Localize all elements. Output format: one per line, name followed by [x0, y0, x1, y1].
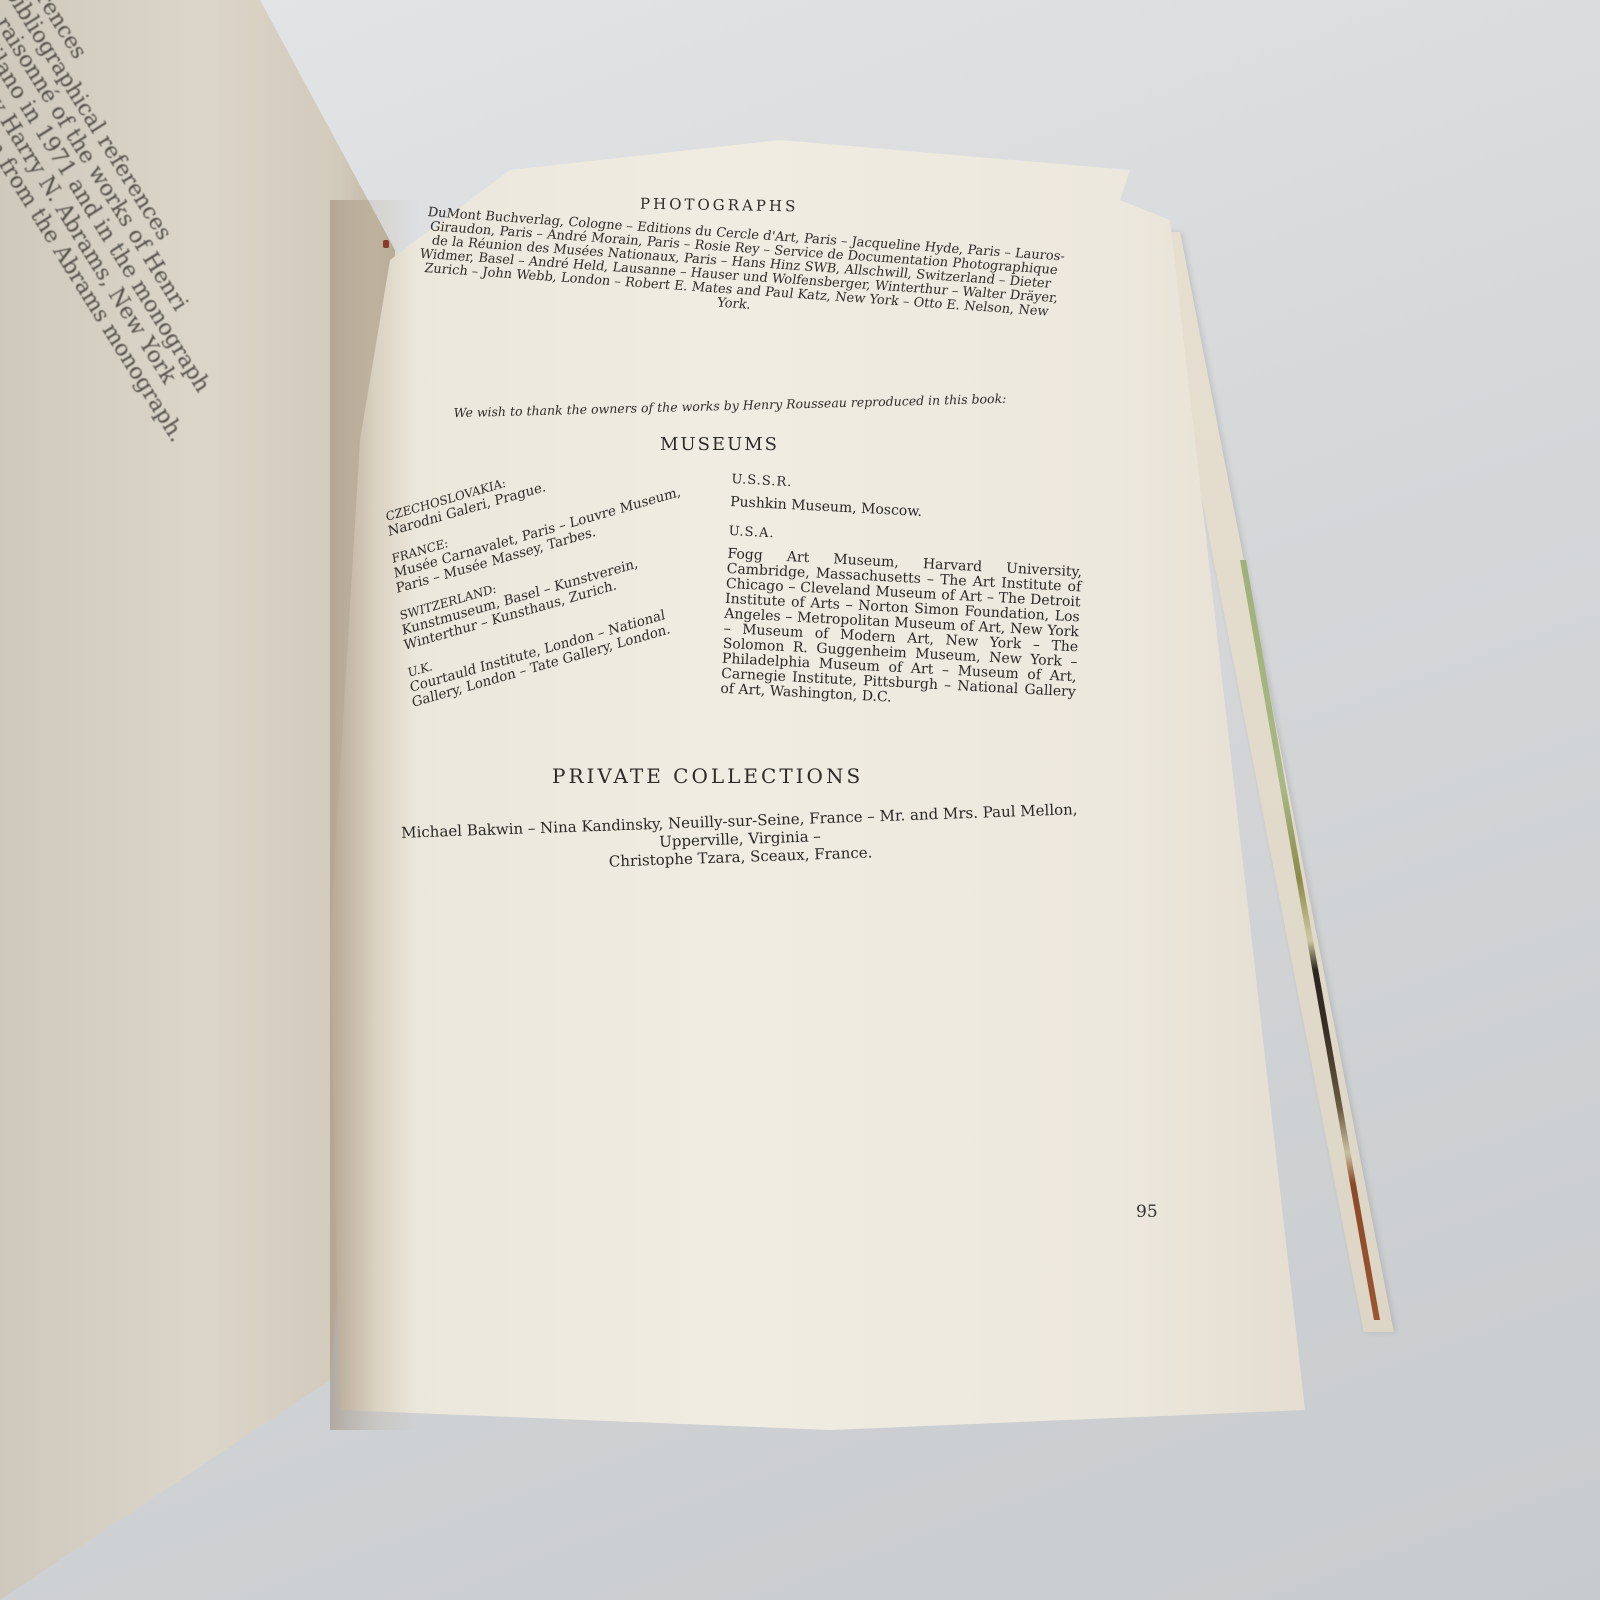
- left-page-text: ...rences bibliographical references ...…: [0, 0, 263, 402]
- spine-headband: [383, 240, 389, 248]
- museum-list: Fogg Art Museum, Harvard University, Cam…: [720, 547, 1082, 715]
- book-photo: ...rences bibliographical references ...…: [0, 0, 1600, 1600]
- museums-right-column: U.S.S.R. Pushkin Museum, Moscow. U.S.A. …: [719, 468, 1086, 729]
- photographs-heading: PHOTOGRAPHS: [640, 195, 799, 216]
- right-page: [330, 140, 1310, 1440]
- private-collections-heading: PRIVATE COLLECTIONS: [552, 764, 863, 788]
- page-number: 95: [1136, 1202, 1158, 1222]
